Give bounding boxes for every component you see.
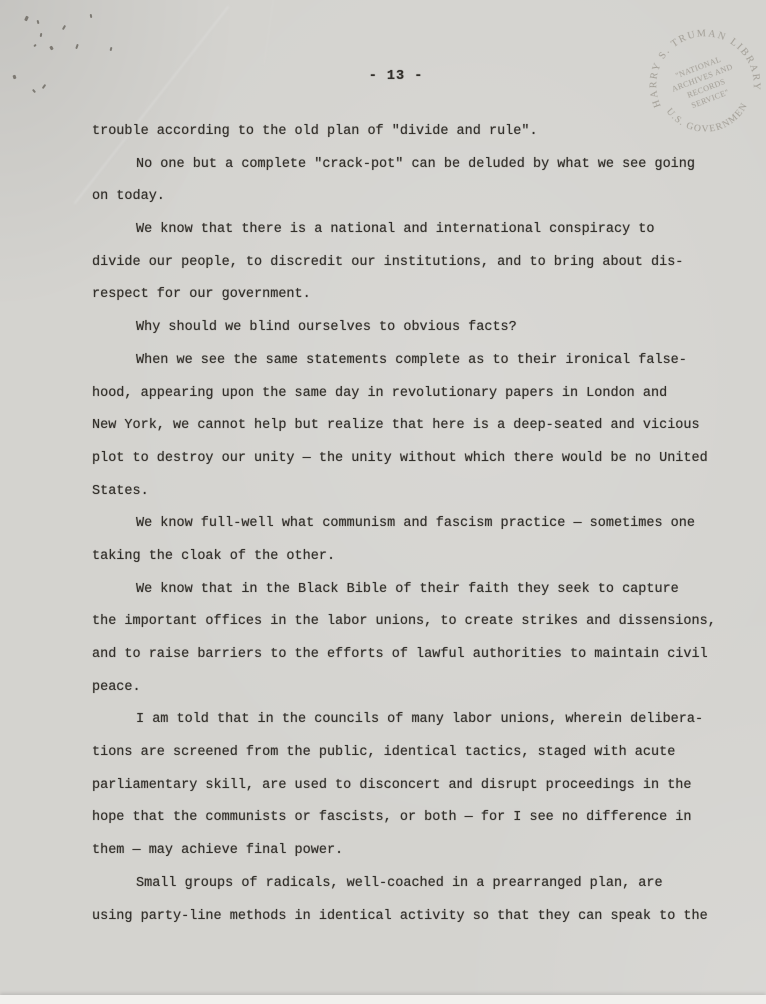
typewritten-line: respect for our government. [92,279,732,312]
typewritten-line: We know full-well what communism and fas… [92,508,732,541]
typewritten-line: parliamentary skill, are used to disconc… [92,770,732,803]
document-body: trouble according to the old plan of "di… [92,116,732,933]
typewritten-line: Why should we blind ourselves to obvious… [92,312,732,345]
typewritten-line: We know that there is a national and int… [92,214,732,247]
page-number: - 13 - [13,69,766,84]
typewritten-line: Small groups of radicals, well-coached i… [92,868,732,901]
document-page: HARRY S. TRUMAN LIBRARY U.S. GOVERNMENT … [0,0,766,1004]
typewritten-line: on today. [92,181,732,214]
typewritten-line: hood, appearing upon the same day in rev… [92,378,732,411]
typewritten-line: them — may achieve final power. [92,835,732,868]
typewritten-line: I am told that in the councils of many l… [92,704,732,737]
scan-bottom-edge [0,995,766,1004]
typewritten-line: When we see the same statements complete… [92,345,732,378]
typewritten-line: States. [92,476,732,509]
typewritten-line: hope that the communists or fascists, or… [92,802,732,835]
typewritten-line: and to raise barriers to the efforts of … [92,639,732,672]
typewritten-line: plot to destroy our unity — the unity wi… [92,443,732,476]
typewritten-line: using party-line methods in identical ac… [92,901,732,934]
typewritten-line: tions are screened from the public, iden… [92,737,732,770]
typewritten-line: peace. [92,672,732,705]
typewritten-line: We know that in the Black Bible of their… [92,574,732,607]
typewritten-line: New York, we cannot help but realize tha… [92,410,732,443]
typewritten-line: No one but a complete "crack-pot" can be… [92,149,732,182]
typewritten-line: the important offices in the labor union… [92,606,732,639]
typewritten-line: taking the cloak of the other. [92,541,732,574]
typewritten-line: trouble according to the old plan of "di… [92,116,732,149]
paper-crease [263,0,275,65]
typewritten-line: divide our people, to discredit our inst… [92,247,732,280]
